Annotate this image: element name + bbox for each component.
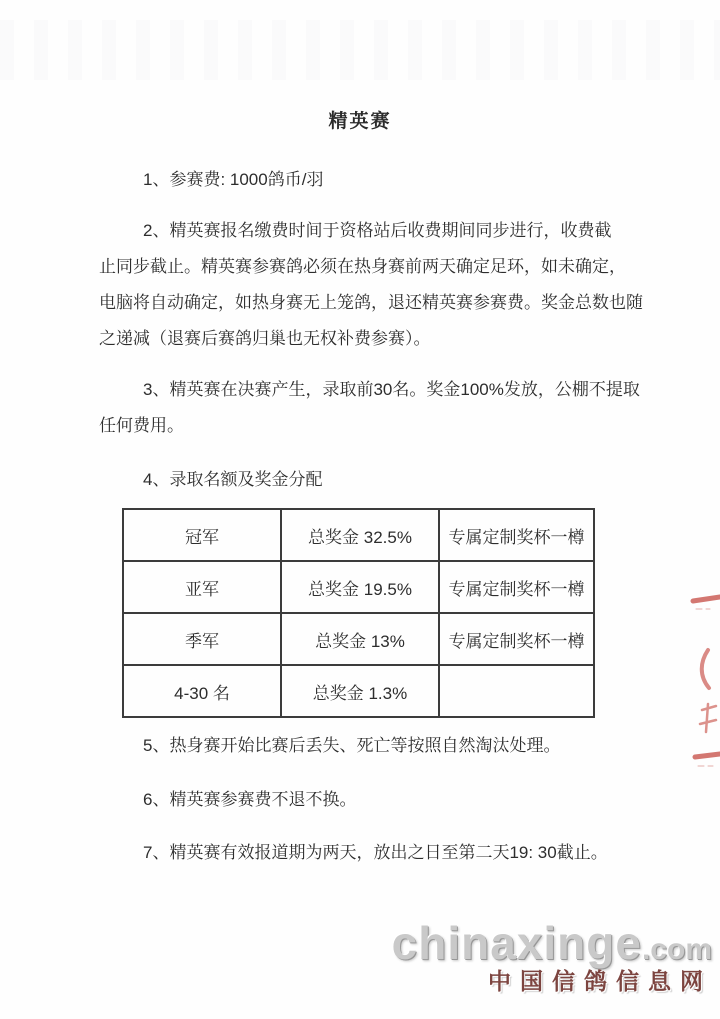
table-cell-trophy bbox=[439, 665, 594, 717]
term-item-2-line-3: 电脑将自动确定，如热身赛无上笼鸽，退还精英赛参赛费。奖金总数也随 bbox=[99, 285, 639, 321]
watermark-domain: chinaxinge.com bbox=[392, 920, 712, 966]
term-item-3: 3、精英赛在决赛产生，录取前30名。奖金100%发放，公棚不提取 任何费用。 bbox=[99, 372, 639, 444]
watermark-site-name-cn: 中国信鸽信息网 bbox=[392, 970, 712, 993]
term-item-2-line-1: 2、精英赛报名缴费时间于资格站后收费期间同步进行，收费截 bbox=[99, 213, 639, 249]
term-item-2-line-2: 止同步截止。精英赛参赛鸽必须在热身赛前两天确定足环，如未确定， bbox=[99, 249, 639, 285]
table-cell-trophy: 专属定制奖杯一樽 bbox=[439, 509, 594, 561]
table-cell-prize: 总奖金 32.5% bbox=[281, 509, 439, 561]
term-item-6: 6、精英赛参赛费不退不换。 bbox=[99, 782, 639, 818]
term-item-3-line-1: 3、精英赛在决赛产生，录取前30名。奖金100%发放，公棚不提取 bbox=[99, 372, 639, 408]
table-cell-prize: 总奖金 1.3% bbox=[281, 665, 439, 717]
prize-table-row-champion: 冠军 总奖金 32.5% 专属定制奖杯一樽 bbox=[123, 509, 594, 561]
table-cell-rank: 4-30 名 bbox=[123, 665, 281, 717]
red-stamp-fragment-icon bbox=[686, 592, 720, 787]
term-item-5: 5、热身赛开始比赛后丢失、死亡等按照自然淘汰处理。 bbox=[99, 728, 639, 764]
page-title: 精英赛 bbox=[0, 106, 720, 133]
table-cell-trophy: 专属定制奖杯一樽 bbox=[439, 561, 594, 613]
scanned-document-page: 精英赛 1、参赛费: 1000鸽币/羽 2、精英赛报名缴费时间于资格站后收费期间… bbox=[0, 0, 720, 1019]
table-cell-rank: 亚军 bbox=[123, 561, 281, 613]
watermark-tld: .com bbox=[642, 933, 712, 966]
term-item-5-text: 5、热身赛开始比赛后丢失、死亡等按照自然淘汰处理。 bbox=[99, 728, 639, 764]
term-item-2-line-4: 之递减（退赛后赛鸽归巢也无权补费参赛）。 bbox=[99, 321, 639, 357]
term-item-3-line-2: 任何费用。 bbox=[99, 408, 639, 444]
watermark-site-name: chinaxinge bbox=[392, 917, 642, 969]
prize-table-row-4-30: 4-30 名 总奖金 1.3% bbox=[123, 665, 594, 717]
prize-table-row-runner-up: 亚军 总奖金 19.5% 专属定制奖杯一樽 bbox=[123, 561, 594, 613]
term-item-7: 7、精英赛有效报道期为两天，放出之日至第二天19: 30截止。 bbox=[99, 835, 639, 871]
table-cell-rank: 季军 bbox=[123, 613, 281, 665]
prize-table: 冠军 总奖金 32.5% 专属定制奖杯一樽 亚军 总奖金 19.5% 专属定制奖… bbox=[122, 508, 595, 718]
term-item-6-text: 6、精英赛参赛费不退不换。 bbox=[99, 782, 639, 818]
term-item-4: 4、录取名额及奖金分配 bbox=[99, 462, 639, 498]
term-item-7-text: 7、精英赛有效报道期为两天，放出之日至第二天19: 30截止。 bbox=[99, 835, 639, 871]
watermark: chinaxinge.com 中国信鸽信息网 bbox=[392, 920, 712, 993]
table-cell-rank: 冠军 bbox=[123, 509, 281, 561]
prize-table-row-third: 季军 总奖金 13% 专属定制奖杯一樽 bbox=[123, 613, 594, 665]
table-cell-prize: 总奖金 19.5% bbox=[281, 561, 439, 613]
table-cell-prize: 总奖金 13% bbox=[281, 613, 439, 665]
term-item-4-text: 4、录取名额及奖金分配 bbox=[99, 462, 639, 498]
term-item-1: 1、参赛费: 1000鸽币/羽 bbox=[99, 162, 639, 198]
term-item-1-text: 1、参赛费: 1000鸽币/羽 bbox=[99, 162, 639, 198]
table-cell-trophy: 专属定制奖杯一樽 bbox=[439, 613, 594, 665]
term-item-2: 2、精英赛报名缴费时间于资格站后收费期间同步进行，收费截 止同步截止。精英赛参赛… bbox=[99, 213, 639, 357]
